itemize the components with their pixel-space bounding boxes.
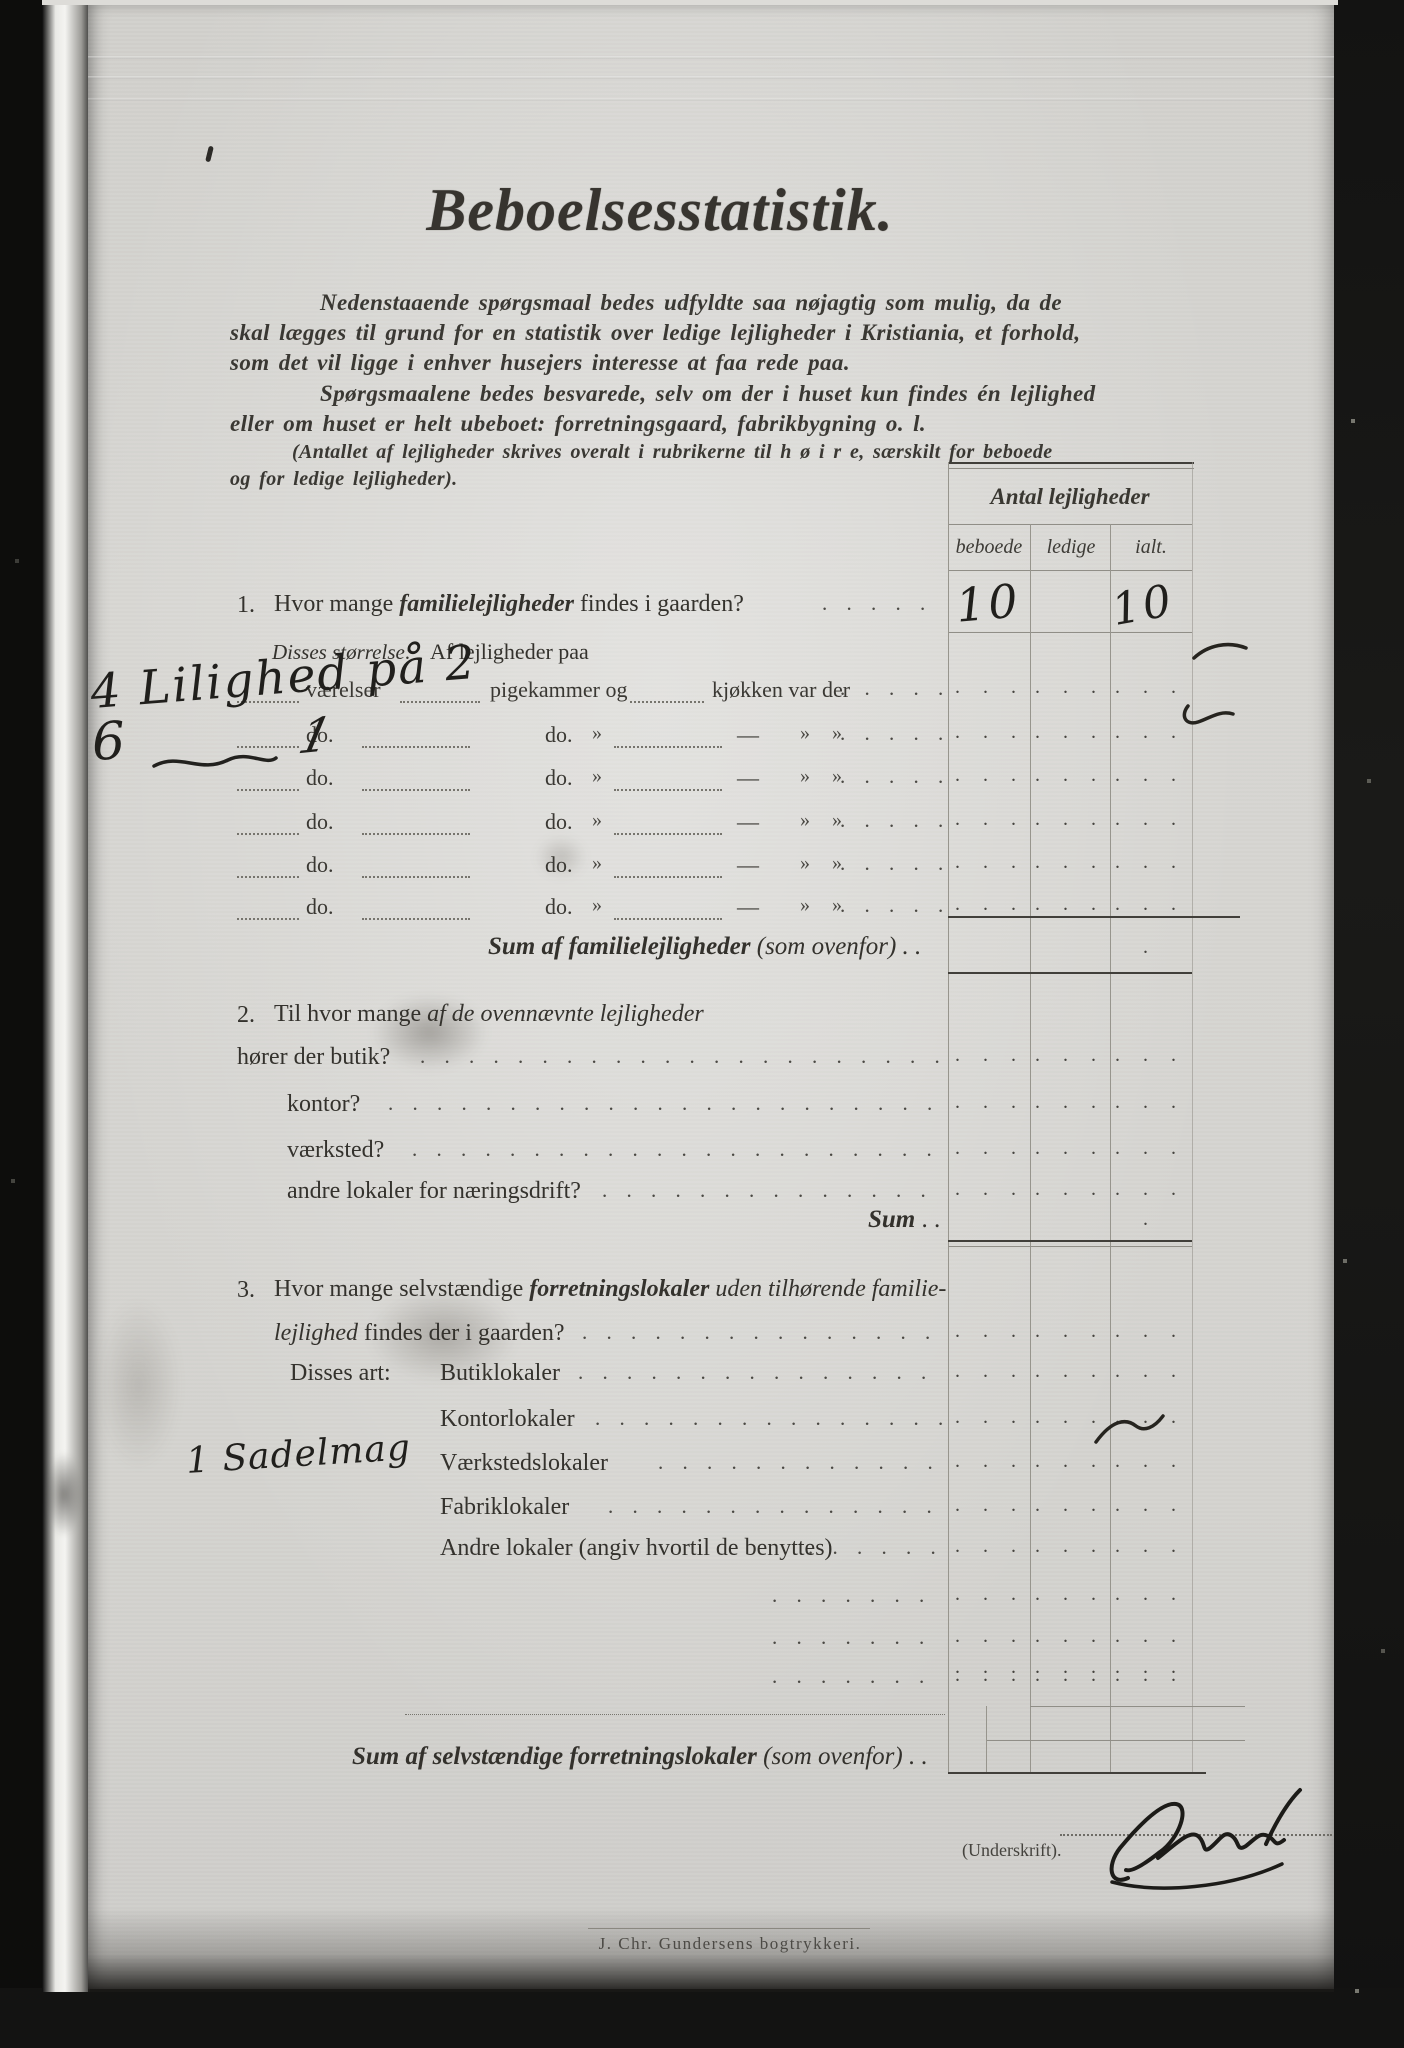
signature-scrawl: [1098, 1786, 1323, 1898]
q3-line2: lejlighed findes der i gaarden?: [274, 1320, 565, 1347]
fill-blank: [362, 856, 470, 878]
table-cell-dots: . . .: [950, 808, 1030, 836]
sum1-cell-dot: .: [1110, 936, 1190, 964]
q2-number: 2.: [237, 1002, 255, 1029]
ditto: do.: [306, 765, 334, 791]
intro-line-2: skal lægges til grund for en statistik o…: [230, 320, 1080, 346]
ditto: do.: [306, 809, 334, 835]
dotted-leader: . . . . . . . . . . . . . . . . . . . . …: [808, 1535, 942, 1563]
ditto-dash: —: [737, 852, 759, 878]
fill-blank: [362, 726, 470, 748]
size-row1-c3: kjøkken var der: [712, 677, 850, 703]
q3-art-kontorlokaler: Kontorlokaler: [440, 1406, 575, 1433]
ditto-quote: »: [800, 722, 810, 745]
ditto-quote: »: [800, 852, 810, 875]
footer-rule: [588, 1928, 870, 1929]
q3-line1: Hvor mange selvstændige forretningslokal…: [274, 1276, 946, 1303]
table-cell-dots: . . .: [950, 893, 1030, 921]
intro-line-3: som det vil ligge i enhver husejers inte…: [230, 350, 850, 376]
intro-line-5: eller om huset er helt ubeboet: forretni…: [230, 411, 926, 437]
dotted-leader: . . . . . . . . . . . . . . . . . . . . …: [840, 764, 945, 792]
q2-sum-dots: . .: [922, 1206, 941, 1233]
fill-blank: [362, 813, 470, 835]
table-cell-dots: . . .: [950, 1178, 1030, 1206]
table-cell-dots: . . .: [1030, 764, 1110, 792]
q2-row-vaerksted: værksted?: [287, 1137, 384, 1164]
table-cell-dots: . . .: [1030, 1178, 1110, 1206]
sum3-cell-border: [986, 1706, 987, 1772]
table-cell-dots: . . .: [1110, 851, 1190, 879]
column-header-beboede: beboede: [948, 536, 1030, 559]
table-cell-dots: . . .: [950, 1494, 1030, 1522]
sum2-cell-dot: .: [1110, 1208, 1190, 1236]
table-cell-dots: . . .: [950, 1360, 1030, 1388]
paper-crease: [88, 76, 1334, 79]
table-cell-dots: . . .: [1110, 1625, 1190, 1653]
q3-art-label: Disses art:: [290, 1360, 391, 1387]
table-cell-dots: . . .: [950, 1583, 1030, 1611]
size-row1-c2: pigekammer og: [490, 677, 627, 703]
intro-line-7: og for ledige lejligheder).: [230, 468, 458, 491]
fill-blank: [614, 769, 722, 791]
fill-blank: [362, 769, 470, 791]
table-rule: [948, 570, 1192, 571]
table-cell-dots: . . .: [1030, 1625, 1110, 1653]
q2-sum: Sum . .: [868, 1206, 940, 1234]
scan-edge-right: [1334, 0, 1404, 2048]
table-cell-dots: . . .: [950, 1535, 1030, 1563]
q3-line2-rest: findes der i gaarden?: [358, 1320, 565, 1346]
table-cell-dots: . . .: [1030, 1450, 1110, 1478]
table-cell-dots: . . .: [1110, 1320, 1190, 1348]
dotted-leader: . . . . . . . . . . . . . . . . . . . . …: [840, 721, 945, 749]
q1-text-pre: Hvor mange: [274, 591, 399, 617]
table-header: Antal lejligheder: [948, 484, 1192, 510]
ditto-quote: »: [592, 722, 602, 745]
pen-squiggle: [150, 748, 280, 776]
table-cell-dots: . . .: [1030, 1360, 1110, 1388]
sum2-rule-2: [948, 1246, 1192, 1247]
sum-familielejligheder: Sum af familielejligheder (som ovenfor) …: [488, 933, 921, 961]
fill-blank: [237, 898, 299, 920]
fill-blank: [614, 898, 722, 920]
size-row-4: do. do. » — » »: [0, 809, 1404, 841]
fill-blank: [614, 856, 722, 878]
paper-crease: [88, 98, 1334, 101]
table-cell-dots: . . .: [950, 721, 1030, 749]
dotted-leader: . . . . . . . . . . . . . . . . . . . . …: [420, 1044, 942, 1072]
sum-forretningslokaler: Sum af selvstændige forretningslokaler (…: [352, 1743, 928, 1771]
ditto-dash: —: [737, 722, 759, 748]
table-cell-dots: . . .: [1030, 893, 1110, 921]
q2-text: Til hvor mange af de ovennævnte lejlighe…: [274, 1001, 704, 1028]
dotted-leader: . . . . . . . . . . . . . . . . . . . . …: [388, 1091, 942, 1119]
ditto-quote: »: [800, 765, 810, 788]
q3-line1-emphasis: forretningslokaler: [529, 1276, 709, 1302]
handwritten-size-note-2: 6: [90, 711, 126, 773]
ditto-quote: »: [592, 852, 602, 875]
dotted-leader: . . . . . . . . . . . . . . . . . . . . …: [658, 1450, 942, 1478]
ditto: do.: [306, 894, 334, 920]
table-cell-dots: . . .: [1110, 1178, 1190, 1206]
dotted-leader: . . . . . . . . . . . . . . . . . . . . …: [608, 1494, 942, 1522]
dotted-leader: . . . . . . . . . . . . . . . . . . . . …: [840, 893, 945, 921]
q3-art-vaerkstedslokaler: Værkstedslokaler: [440, 1450, 608, 1477]
scan-edge-bottom: [0, 1988, 1404, 2048]
ditto-dash: —: [737, 765, 759, 791]
dotted-leader: . . . . . . . . . . . . . . . . . . . . …: [582, 1320, 942, 1348]
table-cell-dots: . . .: [1110, 764, 1190, 792]
ditto-quote: »: [800, 809, 810, 832]
intro-line-1: Nedenstaaende spørgsmaal bedes udfyldte …: [320, 290, 1062, 316]
dotted-leader: . . . . . . . . . . . . . . . . . . . . …: [595, 1406, 942, 1434]
table-top-rule: [948, 462, 1194, 464]
table-cell-dots: . . .: [950, 1091, 1030, 1119]
ditto-quote: »: [592, 809, 602, 832]
intro-line-6: (Antallet af lejligheder skrives overalt…: [292, 441, 1053, 464]
q3-line2-emphasis: lejlighed: [274, 1320, 358, 1346]
table-cell-dots: . . .: [1110, 1137, 1190, 1165]
q3-art-butiklokaler: Butiklokaler: [440, 1360, 560, 1387]
dotted-leader: . . . . . . . . . . . . . . . . . . . . …: [578, 1360, 942, 1388]
ditto: do.: [306, 852, 334, 878]
pen-checkmark-1: [1190, 636, 1250, 664]
q1-text: Hvor mange familielejligheder findes i g…: [274, 591, 744, 618]
table-cell-dots: . . .: [1110, 1583, 1190, 1611]
ditto-quote: »: [592, 894, 602, 917]
ditto: do.: [545, 765, 573, 791]
q2-row-kontor: kontor?: [287, 1091, 360, 1118]
column-header-ledige: ledige: [1030, 536, 1112, 559]
sum1-rest: (som ovenfor) . .: [757, 933, 922, 960]
dotted-leader: . . . . . . . . . . . . . . . . . . . . …: [772, 1625, 942, 1653]
sum1-rule-bottom: [948, 972, 1192, 974]
q2-text-emphasis: af de ovennævnte lejligheder: [427, 1001, 704, 1027]
book-spine-edge: [42, 0, 90, 1992]
dotted-leader: . . . . . . . . . . . . . . . . . . . . …: [840, 851, 945, 879]
dotted-leader: . . . . . . . . . . . . . . . . . . . . …: [602, 1178, 942, 1206]
size-row-6: do. do. » — » »: [0, 894, 1404, 926]
ditto: do.: [545, 894, 573, 920]
paper-stain: [46, 1452, 82, 1537]
fill-blank: [362, 898, 470, 920]
pen-checkmark-3: [1090, 1408, 1168, 1450]
q1-number: 1.: [237, 592, 255, 619]
table-cell-dots: . . .: [1110, 1360, 1190, 1388]
scan-edge-left: [0, 0, 42, 2048]
table-cell-dots: . . .: [1110, 1450, 1190, 1478]
table-rule: [948, 524, 1192, 525]
table-cell-dots: . . .: [1030, 676, 1110, 704]
table-cell-dots: . . .: [950, 1137, 1030, 1165]
handwritten-answer-beboede: 10: [954, 573, 1023, 632]
printer-imprint: J. Chr. Gundersens bogtrykkeri.: [540, 1934, 920, 1954]
table-cell-dots: . . .: [1110, 1656, 1190, 1684]
dotted-leader: . . . . . . . . . . . . . . . . . . . . …: [840, 808, 945, 836]
table-cell-dots: . . .: [1030, 851, 1110, 879]
table-border-left: [948, 462, 949, 1772]
ditto: do.: [545, 809, 573, 835]
table-cell-dots: . . .: [1030, 721, 1110, 749]
table-rule: [948, 632, 1192, 633]
handwritten-answer-ialt: 10: [1108, 575, 1178, 636]
ditto-dash: —: [737, 809, 759, 835]
size-row-5: do. do. » — » »: [0, 852, 1404, 884]
sum3-rule-bottom: [948, 1772, 1206, 1774]
table-cell-dots: . . .: [1110, 1535, 1190, 1563]
table-cell-dots: . . .: [1110, 1044, 1190, 1072]
fill-blank: [237, 813, 299, 835]
paper-crease: [88, 56, 1334, 59]
q3-art-andre-lokaler: Andre lokaler (angiv hvortil de benyttes…: [440, 1535, 833, 1562]
dotted-leader: . . . . . . . . . . . . . . . . . . . . …: [840, 676, 945, 704]
table-cell-dots: . . .: [950, 851, 1030, 879]
scan-noise-specks: [0, 0, 2, 2]
fill-blank: [614, 813, 722, 835]
q2-row-butik: hører der butik?: [237, 1044, 390, 1071]
table-cell-dots: . . .: [950, 764, 1030, 792]
dotted-leader: . . . . . . . . . . . . . . . . . . . . …: [772, 1664, 942, 1692]
q3-number: 3.: [237, 1277, 255, 1304]
fill-blank: [237, 856, 299, 878]
sum3-rule-mid: [986, 1740, 1245, 1741]
table-cell-dots: . . .: [1030, 1656, 1110, 1684]
table-cell-dots: . . .: [1030, 1583, 1110, 1611]
table-cell-dots: . . .: [1030, 1320, 1110, 1348]
table-cell-dots: . . .: [950, 1656, 1030, 1684]
sum2-rule: [948, 1240, 1192, 1242]
table-cell-dots: . . .: [950, 1406, 1030, 1434]
table-cell-dots: . . .: [950, 1450, 1030, 1478]
column-header-ialt: ialt.: [1110, 536, 1192, 559]
ditto-quote: »: [800, 894, 810, 917]
fill-blank: [237, 726, 299, 748]
q2-sum-label: Sum: [868, 1206, 915, 1233]
ditto: do.: [545, 852, 573, 878]
fill-blank-long: [405, 1694, 945, 1715]
table-top-rule-2: [948, 468, 1194, 469]
ditto: do.: [545, 722, 573, 748]
sum3-rest: (som ovenfor) . .: [763, 1743, 928, 1770]
pen-checkmark-2: [1178, 698, 1240, 730]
q2-row-andre: andre lokaler for næringsdrift?: [287, 1178, 581, 1205]
table-cell-dots: . . .: [1110, 893, 1190, 921]
dotted-leader: . . . . . . . . . . . . . . . . . . . . …: [412, 1137, 942, 1165]
fill-blank: [614, 726, 722, 748]
underskrift-label: (Underskrift).: [962, 1840, 1061, 1861]
ditto-dash: —: [737, 894, 759, 920]
table-cell-dots: . . .: [1030, 1494, 1110, 1522]
ditto-quote: »: [592, 765, 602, 788]
q1-text-emphasis: familielejligheder: [399, 591, 574, 617]
q3-line1-post: uden tilhørende familie-: [709, 1276, 946, 1302]
table-cell-dots: . . .: [1110, 1494, 1190, 1522]
table-cell-dots: . . .: [1110, 808, 1190, 836]
table-cell-dots: . . .: [1110, 1091, 1190, 1119]
dotted-leader: . . . . . . . . . . . . . . . . . . . . …: [822, 591, 944, 619]
table-cell-dots: . . .: [950, 676, 1030, 704]
table-cell-dots: . . .: [1030, 1091, 1110, 1119]
form-title: Beboelsesstatistik.: [290, 176, 1030, 245]
q1-text-post: findes i gaarden?: [574, 591, 744, 617]
q3-line1-pre: Hvor mange selvstændige: [274, 1276, 529, 1302]
table-cell-dots: . . .: [1030, 1137, 1110, 1165]
table-cell-dots: . . .: [1030, 1044, 1110, 1072]
table-cell-dots: . . .: [1030, 808, 1110, 836]
sum1-emphasis: Sum af familielejligheder: [488, 933, 751, 960]
sum3-emphasis: Sum af selvstændige forretningslokaler: [352, 1743, 757, 1770]
table-cell-dots: . . .: [950, 1625, 1030, 1653]
fill-blank: [630, 681, 704, 703]
q3-art-fabriklokaler: Fabriklokaler: [440, 1494, 569, 1521]
dotted-leader: . . . . . . . . . . . . . . . . . . . . …: [772, 1583, 942, 1611]
paper-stain: [96, 1300, 181, 1470]
table-cell-dots: . . .: [1030, 1535, 1110, 1563]
q2-text-pre: Til hvor mange: [274, 1001, 427, 1027]
sum3-rule-top: [1030, 1706, 1245, 1707]
intro-line-4: Spørgsmaalene bedes besvarede, selv om d…: [320, 381, 1096, 407]
table-cell-dots: . . .: [950, 1044, 1030, 1072]
scanned-form-photo: Beboelsesstatistik. Nedenstaaende spørgs…: [0, 0, 1404, 2048]
table-cell-dots: . . .: [950, 1320, 1030, 1348]
